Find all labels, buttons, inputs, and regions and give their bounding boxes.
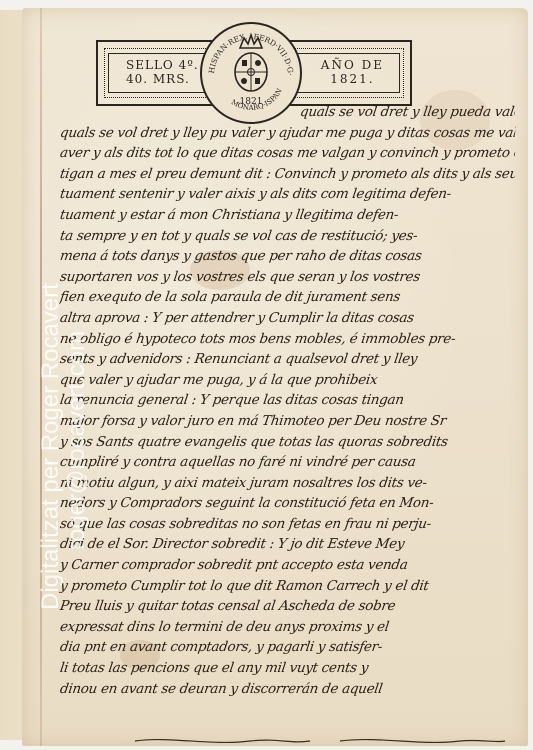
manuscript-line: ni motiu algun, y aixi mateix juram nosa… <box>59 473 517 494</box>
manuscript-line: dinou en avant se deuran y discorrerán d… <box>59 679 517 700</box>
manuscript-line: la renuncia general : Y perque las ditas… <box>59 390 517 411</box>
manuscript-line: y sos Sants quatre evangelis que totas l… <box>59 432 517 453</box>
stamp-sello-label: SELLO 4º. <box>126 58 199 72</box>
manuscript-line: quals se vol dret y lley pu valer y ajud… <box>59 123 517 144</box>
svg-text:HISPAN·REX.: HISPAN·REX. <box>207 32 248 74</box>
seal-text-left: HISPAN·REX. <box>207 32 248 74</box>
manuscript-line: aver y als dits tot lo que ditas cosas m… <box>59 143 517 164</box>
manuscript-line: suportaren vos y los vostres els que ser… <box>59 267 517 288</box>
manuscript-line: ne obligo é hypoteco tots mos bens moble… <box>59 329 517 350</box>
manuscript-line: tuament sentenir y valer aixis y als dit… <box>59 184 517 205</box>
manuscript-line: dici de el Sor. Director sobredit : Y jo… <box>59 534 517 555</box>
scan-watermark: Digitalitzat per Roger Rocavert roger@ro… <box>38 283 90 610</box>
manuscript-line: sents y advenidors : Renunciant a qualse… <box>59 349 517 370</box>
manuscript-line: que valer y ajudar me puga, y á la que p… <box>59 370 517 391</box>
watermark-email: roger@rocavert.com <box>64 283 90 610</box>
manuscript-line: nedors y Compradors seguint la constituc… <box>59 493 517 514</box>
manuscript-text-block: quals se vol dret y lley pueda valer y a… <box>60 102 515 699</box>
manuscript-line: fien exequto de la sola paraula de dit j… <box>59 287 517 308</box>
manuscript-line: cumpliré y contra aquellas no faré ni vi… <box>59 452 517 473</box>
stamp-right-text: AÑO DE 1821. <box>321 58 384 86</box>
manuscript-line: tigan a mes el preu demunt dit : Convinc… <box>59 164 517 185</box>
manuscript-line: y Carner comprador sobredit pnt accepto … <box>59 555 517 576</box>
stamp-left-text: SELLO 4º. 40. MRS. <box>126 58 199 86</box>
closing-flourish-icon <box>130 736 510 746</box>
manuscript-line: Preu lluis y quitar totas censal al Asch… <box>59 596 517 617</box>
manuscript-line: li totas las pencions que el any mil vuy… <box>59 658 517 679</box>
watermark-credit: Digitalitzat per Roger Rocavert <box>38 283 64 610</box>
manuscript-line: tuament y estar á mon Christiana y llegi… <box>59 205 517 226</box>
manuscript-line: mena á tots danys y gastos que per raho … <box>59 246 517 267</box>
manuscript-line: quals se vol dret y lley pueda valer y a… <box>59 102 517 123</box>
manuscript-line: major forsa y valor juro en má Thimoteo … <box>59 411 517 432</box>
stamp-year-label: AÑO DE <box>321 58 384 72</box>
manuscript-line: ta sempre y en tot y quals se vol cas de… <box>59 226 517 247</box>
manuscript-line: altra aprova : Y per attendrer y Cumplir… <box>59 308 517 329</box>
stamp-year-value: 1821. <box>321 72 384 86</box>
manuscript-line: expressat dins lo termini de deu anys pr… <box>59 617 517 638</box>
manuscript-line: y prometo Cumplir tot lo que dit Ramon C… <box>59 576 517 597</box>
manuscript-line: dia pnt en avant comptadors, y pagarli y… <box>59 637 517 658</box>
stamp-value-label: 40. MRS. <box>126 72 199 86</box>
manuscript-line: só que las cosas sobreditas no son fetas… <box>59 514 517 535</box>
